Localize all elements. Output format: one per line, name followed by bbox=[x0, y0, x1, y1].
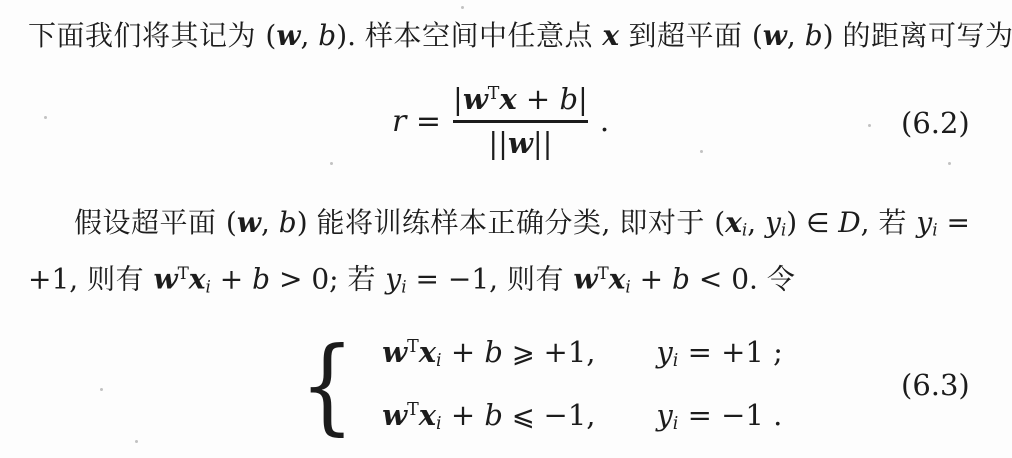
scan-speck bbox=[330, 162, 333, 165]
equation-6-2: r = |wTx + b| ||w|| . bbox=[392, 82, 609, 160]
equation-6-3: { wTxi + b ⩾ +1,yi = +1 ; wTxi + b ⩽ −1,… bbox=[300, 330, 783, 441]
equation-number-6-2: (6.2) bbox=[901, 106, 970, 140]
scan-speck bbox=[461, 6, 464, 9]
scan-speck bbox=[135, 440, 138, 443]
left-brace-icon: { bbox=[300, 340, 354, 430]
case-row-2: wTxi + b ⩽ −1,yi = −1 . bbox=[382, 393, 783, 441]
scan-speck bbox=[868, 124, 871, 127]
paragraph-intro: 下面我们将其记为 (w, b). 样本空间中任意点 x 到超平面 (w, b) … bbox=[28, 16, 1012, 56]
case-row-1: wTxi + b ⩾ +1,yi = +1 ; bbox=[382, 330, 783, 378]
equation-6-2-lhs: r = bbox=[392, 104, 441, 139]
cases-block: wTxi + b ⩾ +1,yi = +1 ; wTxi + b ⩽ −1,yi… bbox=[382, 330, 783, 441]
fraction-denominator: ||w|| bbox=[488, 126, 552, 160]
fraction-numerator: |wTx + b| bbox=[453, 82, 588, 116]
scan-speck bbox=[948, 162, 951, 165]
fraction-bar bbox=[453, 120, 588, 123]
textbook-page: 下面我们将其记为 (w, b). 样本空间中任意点 x 到超平面 (w, b) … bbox=[0, 0, 1012, 458]
paragraph-assumption-line1: 假设超平面 (w, b) 能将训练样本正确分类, 即对于 (xi, yi) ∈ … bbox=[74, 203, 970, 250]
fraction: |wTx + b| ||w|| bbox=[453, 82, 588, 160]
scan-speck bbox=[100, 388, 103, 391]
scan-speck bbox=[44, 116, 47, 119]
scan-speck bbox=[700, 150, 703, 153]
equation-number-6-3: (6.3) bbox=[901, 368, 970, 402]
equation-6-2-period: . bbox=[600, 104, 610, 139]
paragraph-assumption-line2: +1, 则有 wTxi + b > 0; 若 yi = −1, 则有 wTxi … bbox=[28, 253, 795, 306]
